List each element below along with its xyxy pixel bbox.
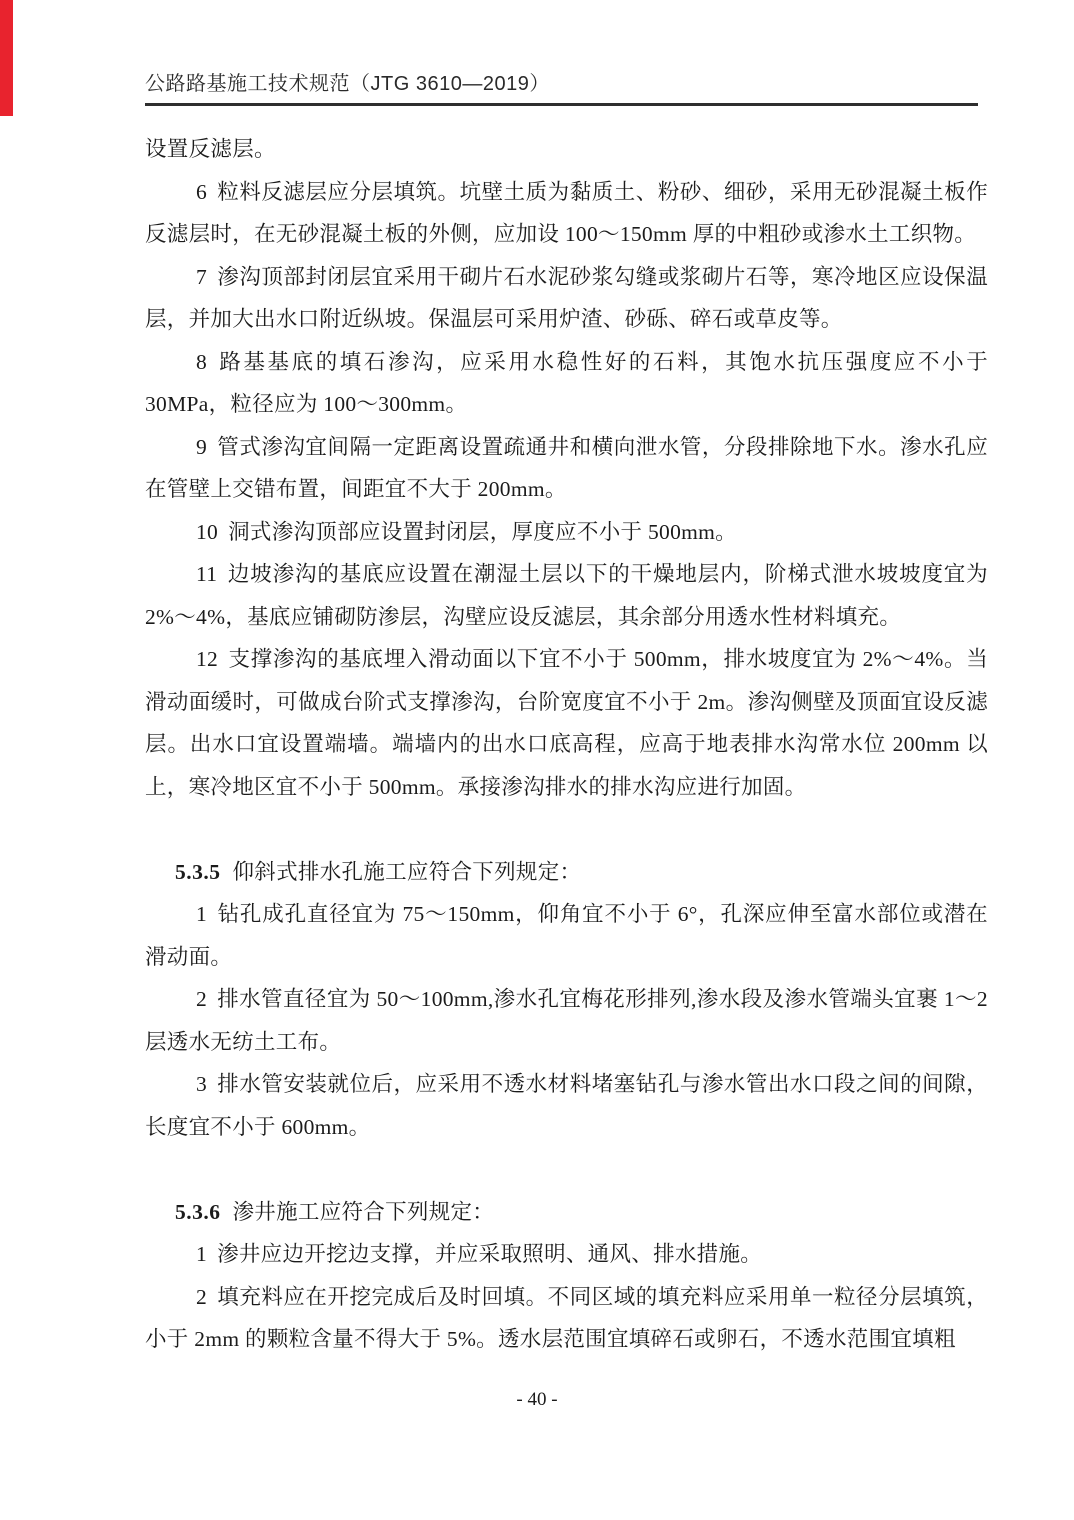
section-number: 5.3.5 xyxy=(175,860,221,884)
item-number: 7 xyxy=(196,265,207,289)
item-text: 路基基底的填石渗沟，应采用水稳性好的石料，其饱水抗压强度应不小于 30MPa，粒… xyxy=(145,350,988,417)
item-number: 12 xyxy=(196,647,218,671)
item-text: 排水管安装就位后，应采用不透水材料堵塞钻孔与渗水管出水口段之间的间隙，长度宜不小… xyxy=(145,1072,988,1139)
section-heading-536: 5.3.6渗井施工应符合下列规定： xyxy=(145,1191,988,1234)
item-text: 洞式渗沟顶部应设置封闭层，厚度应不小于 500mm。 xyxy=(228,520,737,544)
item-text: 钻孔成孔直径宜为 75～150mm，仰角宜不小于 6°，孔深应伸至富水部位或潜在… xyxy=(145,902,988,969)
section-title: 仰斜式排水孔施工应符合下列规定： xyxy=(233,860,582,884)
paragraph-continuation: 设置反滤层。 xyxy=(145,128,988,171)
section-536-item-2: 2填充料应在开挖完成后及时回填。不同区域的填充料应采用单一粒径分层填筑，小于 2… xyxy=(145,1276,988,1361)
clause-item-8: 8路基基底的填石渗沟，应采用水稳性好的石料，其饱水抗压强度应不小于 30MPa，… xyxy=(145,341,988,426)
section-535-item-1: 1钻孔成孔直径宜为 75～150mm，仰角宜不小于 6°，孔深应伸至富水部位或潜… xyxy=(145,893,988,978)
clause-item-12: 12支撑渗沟的基底埋入滑动面以下宜不小于 500mm，排水坡度宜为 2%～4%。… xyxy=(145,638,988,808)
section-title: 渗井施工应符合下列规定： xyxy=(233,1200,495,1224)
clause-item-7: 7渗沟顶部封闭层宜采用干砌片石水泥砂浆勾缝或浆砌片石等，寒冷地区应设保温层，并加… xyxy=(145,256,988,341)
item-text: 边坡渗沟的基底应设置在潮湿土层以下的干燥地层内，阶梯式泄水坡坡度宜为 2%～4%… xyxy=(145,562,988,629)
document-page: 公路路基施工技术规范（JTG 3610—2019） 设置反滤层。 6粒料反滤层应… xyxy=(0,0,1074,1520)
section-535-item-3: 3排水管安装就位后，应采用不透水材料堵塞钻孔与渗水管出水口段之间的间隙，长度宜不… xyxy=(145,1063,988,1148)
item-text: 填充料应在开挖完成后及时回填。不同区域的填充料应采用单一粒径分层填筑，小于 2m… xyxy=(145,1285,988,1352)
item-number: 1 xyxy=(196,902,207,926)
page-body: 设置反滤层。 6粒料反滤层应分层填筑。坑壁土质为黏质土、粉砂、细砂，采用无砂混凝… xyxy=(145,128,988,1361)
item-text: 渗井应边开挖边支撑，并应采取照明、通风、排水措施。 xyxy=(217,1242,762,1266)
red-margin-marker xyxy=(0,0,13,116)
item-number: 6 xyxy=(196,180,207,204)
section-heading-535: 5.3.5仰斜式排水孔施工应符合下列规定： xyxy=(145,851,988,894)
item-text: 支撑渗沟的基底埋入滑动面以下宜不小于 500mm，排水坡度宜为 2%～4%。当滑… xyxy=(145,647,988,799)
item-number: 3 xyxy=(196,1072,207,1096)
item-text: 渗沟顶部封闭层宜采用干砌片石水泥砂浆勾缝或浆砌片石等，寒冷地区应设保温层，并加大… xyxy=(145,265,988,332)
item-text: 排水管直径宜为 50～100mm,渗水孔宜梅花形排列,渗水段及渗水管端头宜裹 1… xyxy=(145,987,988,1054)
section-535-item-2: 2排水管直径宜为 50～100mm,渗水孔宜梅花形排列,渗水段及渗水管端头宜裹 … xyxy=(145,978,988,1063)
item-number: 11 xyxy=(196,562,217,586)
item-number: 10 xyxy=(196,520,218,544)
item-number: 2 xyxy=(196,987,207,1011)
document-title: 公路路基施工技术规范（JTG 3610—2019） xyxy=(145,73,550,95)
section-number: 5.3.6 xyxy=(175,1200,221,1224)
section-536-item-1: 1渗井应边开挖边支撑，并应采取照明、通风、排水措施。 xyxy=(145,1233,988,1276)
clause-item-10: 10洞式渗沟顶部应设置封闭层，厚度应不小于 500mm。 xyxy=(145,511,988,554)
item-number: 9 xyxy=(196,435,207,459)
item-text: 粒料反滤层应分层填筑。坑壁土质为黏质土、粉砂、细砂，采用无砂混凝土板作反滤层时，… xyxy=(145,180,988,247)
clause-item-9: 9管式渗沟宜间隔一定距离设置疏通井和横向泄水管，分段排除地下水。渗水孔应在管壁上… xyxy=(145,426,988,511)
item-number: 1 xyxy=(196,1242,207,1266)
item-number: 2 xyxy=(196,1285,207,1309)
clause-item-11: 11边坡渗沟的基底应设置在潮湿土层以下的干燥地层内，阶梯式泄水坡坡度宜为 2%～… xyxy=(145,553,988,638)
page-number: - 40 - xyxy=(0,1388,1074,1412)
running-header: 公路路基施工技术规范（JTG 3610—2019） xyxy=(145,72,978,106)
item-text: 管式渗沟宜间隔一定距离设置疏通井和横向泄水管，分段排除地下水。渗水孔应在管壁上交… xyxy=(145,435,988,502)
item-number: 8 xyxy=(196,350,207,374)
clause-item-6: 6粒料反滤层应分层填筑。坑壁土质为黏质土、粉砂、细砂，采用无砂混凝土板作反滤层时… xyxy=(145,171,988,256)
